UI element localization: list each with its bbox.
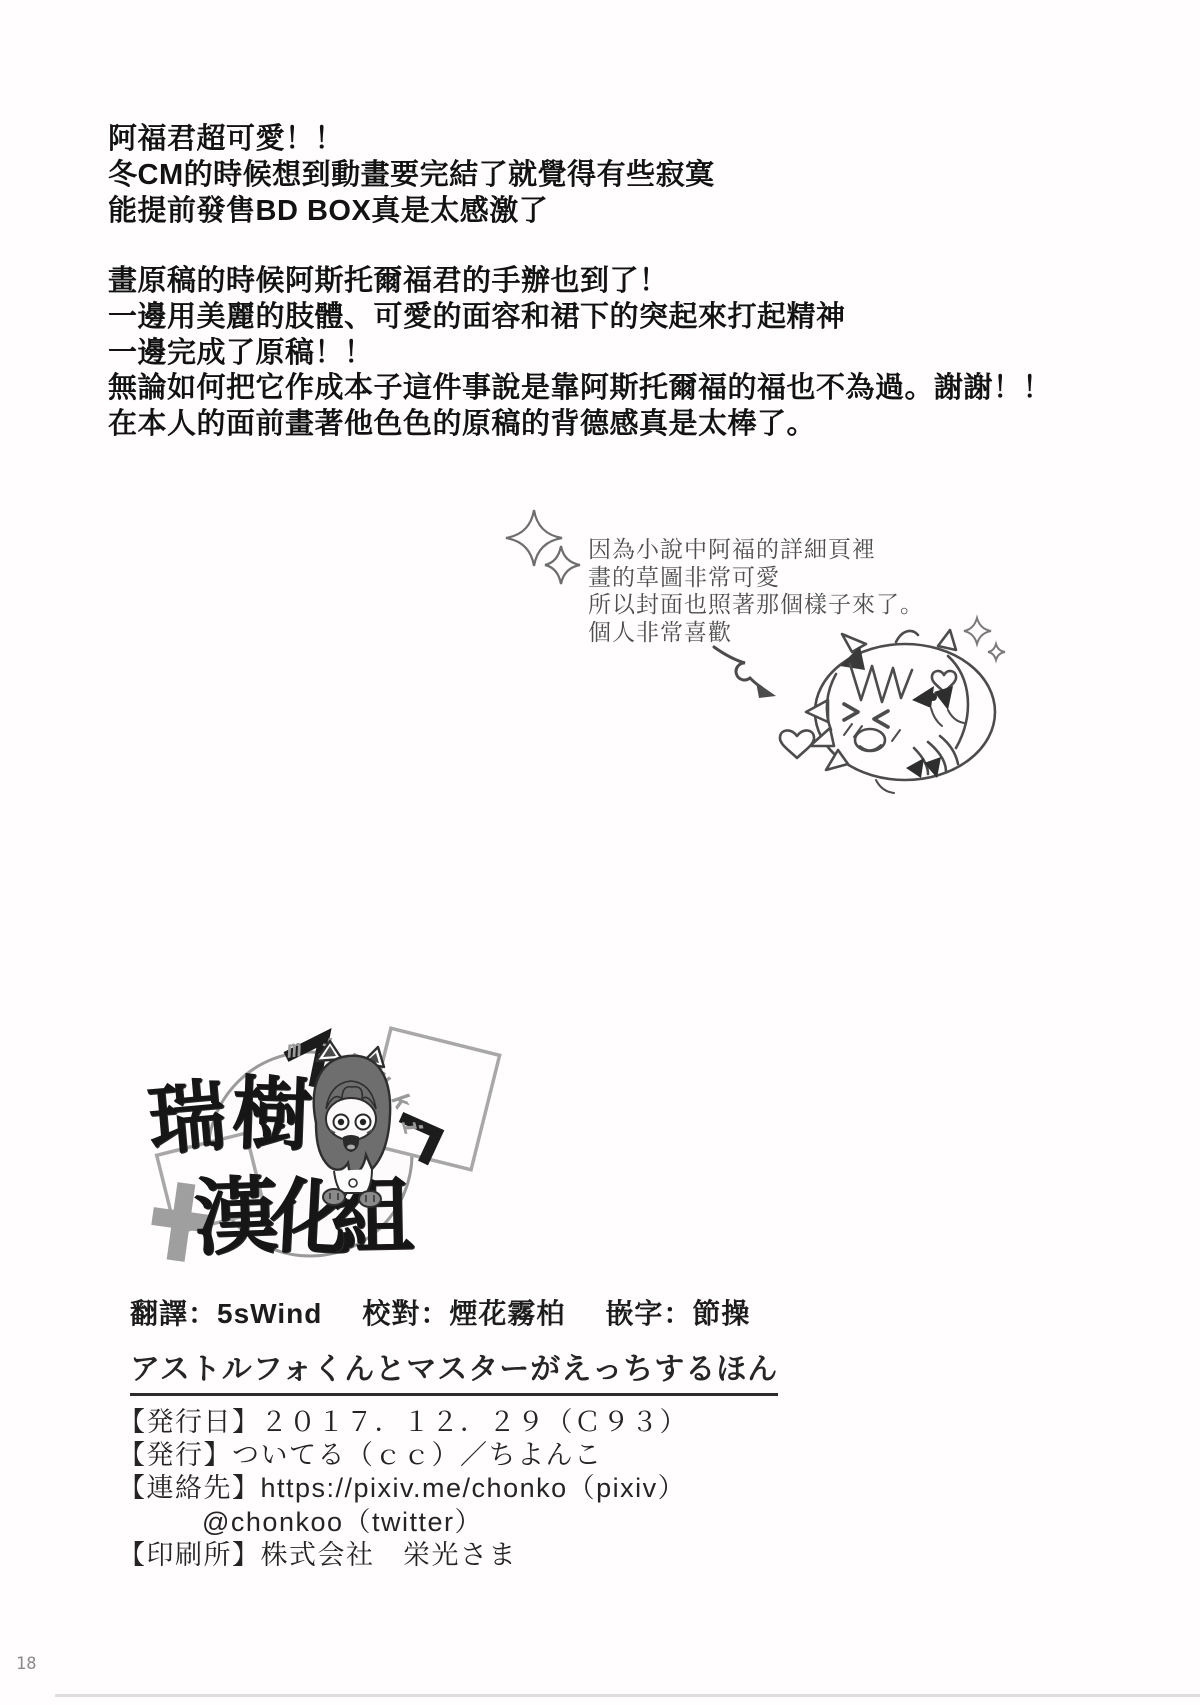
- publication-info-line: 【発行】ついてる（ｃｃ）／ちよんこ: [118, 1439, 688, 1472]
- logo-roman-letter: m: [285, 1036, 303, 1062]
- arrow-icon: [714, 647, 776, 698]
- book-title: アストルフォくんとマスターがえっちするほん: [130, 1344, 778, 1396]
- credit-label: 翻譯: [130, 1298, 188, 1329]
- publication-info-line: 【連絡先】https://pixiv.me/chonko（pixiv）: [118, 1472, 688, 1505]
- sparkle-icon: [964, 618, 1005, 660]
- credit-item: 校對：煙花霧柏: [362, 1292, 565, 1332]
- credit-separator: ：: [663, 1298, 692, 1329]
- credit-label: 校對: [362, 1298, 420, 1329]
- publication-info-line: @chonkoo（twitter）: [118, 1506, 688, 1539]
- publication-info: 【発行日】２０１７．１２．２９（Ｃ９３） 【発行】ついてる（ｃｃ）／ちよんこ 【…: [118, 1406, 688, 1572]
- sparkle-icon: [506, 510, 580, 584]
- credit-item: 嵌字：節操: [605, 1292, 750, 1332]
- credit-item: 翻譯：5sWind: [130, 1292, 322, 1332]
- translation-credits: 翻譯：5sWind 校對：煙花霧柏 嵌字：節操: [130, 1292, 750, 1332]
- logo-kanji: 組: [329, 1174, 414, 1259]
- chibi-astolfo-drawing: [780, 630, 995, 793]
- logo-kanji: 瑞: [145, 1076, 230, 1161]
- scan-edge-line: [55, 1694, 1200, 1697]
- publication-info-line: 【印刷所】株式会社 栄光さま: [118, 1539, 688, 1572]
- logo-kanji: 漢: [193, 1174, 280, 1261]
- credit-separator: ：: [420, 1298, 449, 1329]
- scanlation-group-logo: 瑞 樹 漢 化 組 m i z u k i: [120, 945, 540, 1275]
- logo-kanji: 樹: [231, 1074, 314, 1157]
- page-number: 18: [16, 1654, 36, 1674]
- publication-info-line: 【発行日】２０１７．１２．２９（Ｃ９３）: [118, 1406, 688, 1439]
- scanned-doujin-afterword-page: 阿福君超可愛！！ 冬CM的時候想到動畫要完結了就覺得有些寂寞 能提前發售BD B…: [0, 0, 1200, 1705]
- credit-value: 煙花霧柏: [449, 1298, 565, 1329]
- credit-label: 嵌字: [605, 1298, 663, 1329]
- credit-value: 5sWind: [217, 1298, 322, 1329]
- credit-separator: ：: [188, 1298, 217, 1329]
- credit-value: 節操: [692, 1298, 750, 1329]
